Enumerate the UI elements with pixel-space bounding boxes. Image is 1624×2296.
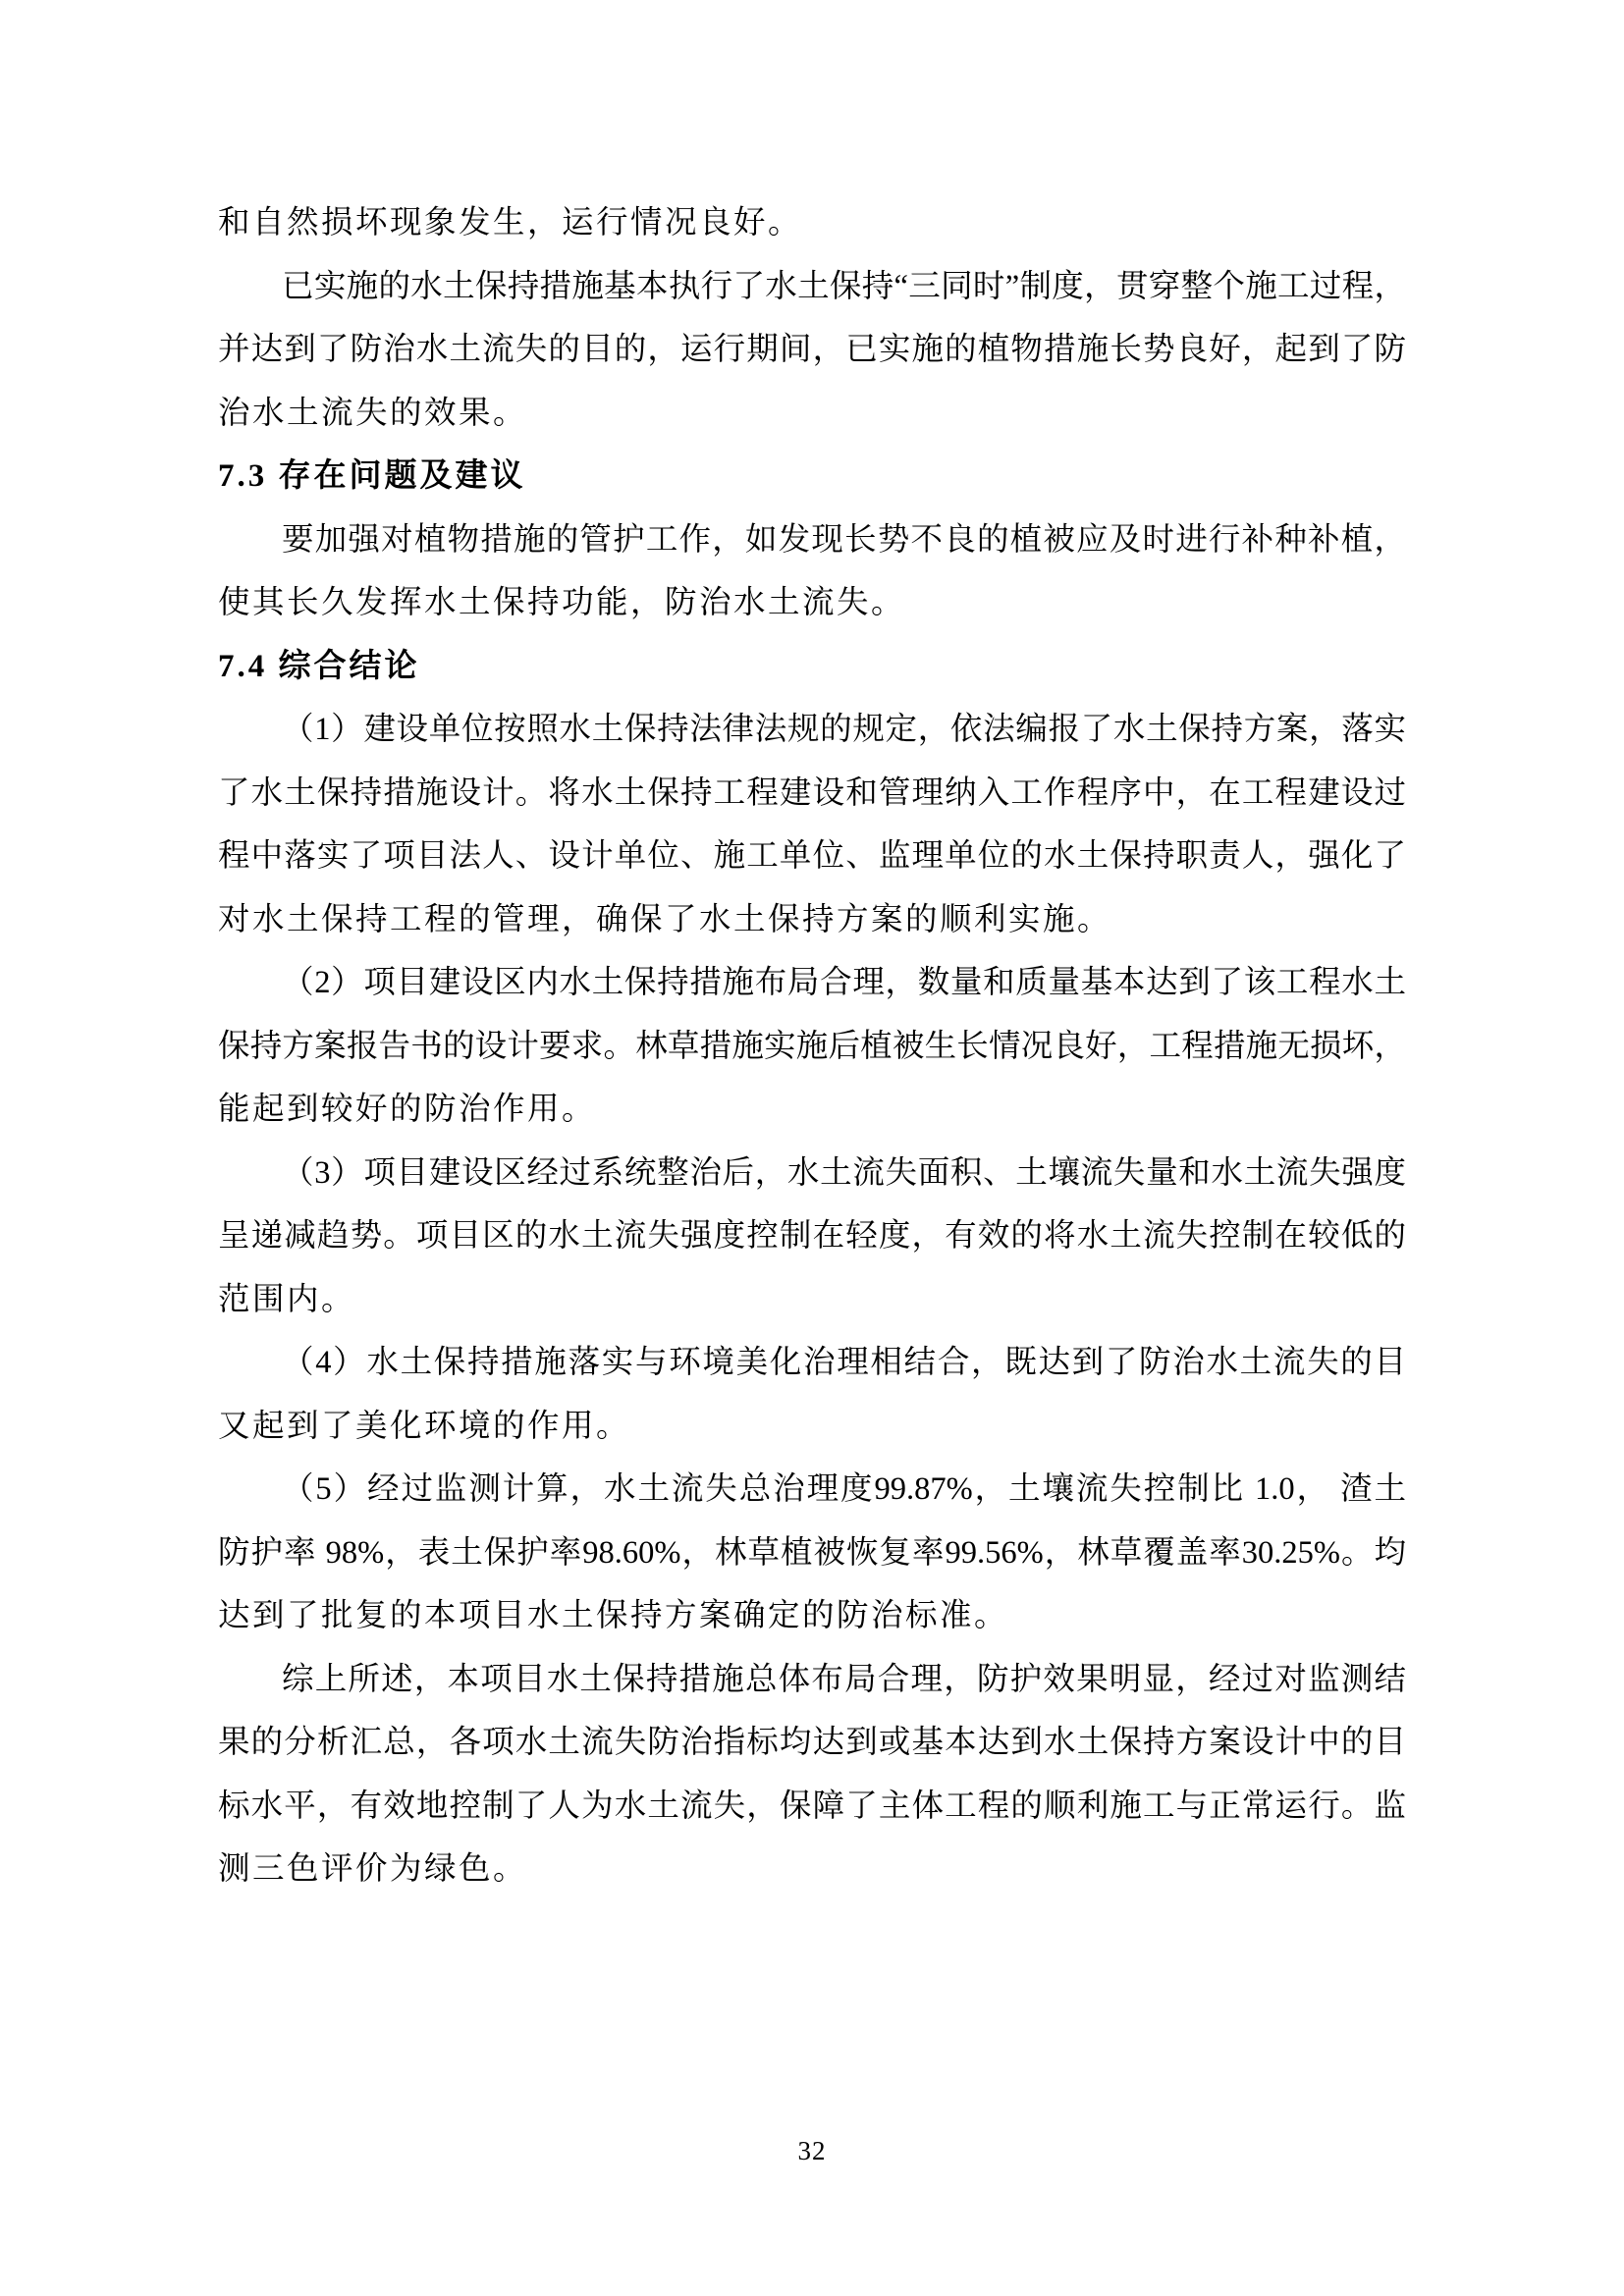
- text-line: （1）建设单位按照水土保持法律法规的规定，依法编报了水土保持方案，落实: [218, 698, 1406, 762]
- text-line: 防护率 98%，表土保护率98.60%，林草植被恢复率99.56%，林草覆盖率3…: [218, 1522, 1406, 1585]
- text-line: （2）项目建设区内水土保持措施布局合理，数量和质量基本达到了该工程水土: [218, 951, 1406, 1015]
- text-line: 对水土保持工程的管理，确保了水土保持方案的顺利实施。: [218, 888, 1406, 952]
- text-line: 测三色评价为绿色。: [218, 1838, 1406, 1901]
- text-line: 能起到较好的防治作用。: [218, 1078, 1406, 1142]
- text-line: 呈递减趋势。项目区的水土流失强度控制在轻度，有效的将水土流失控制在较低的: [218, 1204, 1406, 1268]
- section-heading-7-4: 7.4 综合结论: [218, 635, 1406, 699]
- text-line: 又起到了美化环境的作用。: [218, 1395, 1406, 1459]
- text-line: 并达到了防治水土流失的目的，运行期间，已实施的植物措施长势良好，起到了防: [218, 318, 1406, 382]
- text-line: 果的分析汇总，各项水土流失防治指标均达到或基本达到水土保持方案设计中的目: [218, 1711, 1406, 1775]
- section-heading-7-3: 7.3 存在问题及建议: [218, 445, 1406, 508]
- text-line: 已实施的水土保持措施基本执行了水土保持“三同时”制度，贯穿整个施工过程，: [218, 255, 1406, 319]
- document-body: 和自然损坏现象发生，运行情况良好。已实施的水土保持措施基本执行了水土保持“三同时…: [218, 191, 1406, 1901]
- text-line: 达到了批复的本项目水土保持方案确定的防治标准。: [218, 1584, 1406, 1648]
- text-line: 标水平，有效地控制了人为水土流失，保障了主体工程的顺利施工与正常运行。监: [218, 1775, 1406, 1839]
- text-line: （4）水土保持措施落实与环境美化治理相结合，既达到了防治水土流失的目的，: [218, 1331, 1406, 1395]
- text-line: 综上所述，本项目水土保持措施总体布局合理，防护效果明显，经过对监测结: [218, 1648, 1406, 1712]
- text-line: （5）经过监测计算，水土流失总治理度99.87%，土壤流失控制比 1.0， 渣土: [218, 1458, 1406, 1522]
- text-line: 范围内。: [218, 1268, 1406, 1332]
- text-line: 要加强对植物措施的管护工作，如发现长势不良的植被应及时进行补种补植，: [218, 508, 1406, 572]
- page-number: 32: [798, 2136, 827, 2165]
- text-line: 程中落实了项目法人、设计单位、施工单位、监理单位的水土保持职责人，强化了: [218, 825, 1406, 888]
- page-footer: 32: [0, 2136, 1624, 2166]
- text-line: 了水土保持措施设计。将水土保持工程建设和管理纳入工作程序中，在工程建设过: [218, 762, 1406, 826]
- text-line: 治水土流失的效果。: [218, 382, 1406, 446]
- text-line: 使其长久发挥水土保持功能，防治水土流失。: [218, 571, 1406, 635]
- document-page: 和自然损坏现象发生，运行情况良好。已实施的水土保持措施基本执行了水土保持“三同时…: [0, 0, 1624, 2296]
- text-line: 保持方案报告书的设计要求。林草措施实施后植被生长情况良好，工程措施无损坏，: [218, 1015, 1406, 1079]
- text-line: 和自然损坏现象发生，运行情况良好。: [218, 191, 1406, 255]
- text-line: （3）项目建设区经过系统整治后，水土流失面积、土壤流失量和水土流失强度: [218, 1142, 1406, 1205]
